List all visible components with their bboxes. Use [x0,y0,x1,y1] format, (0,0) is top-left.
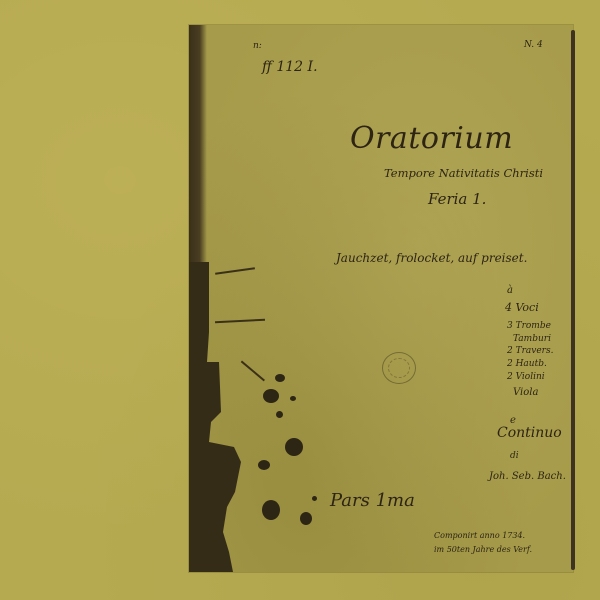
shelf-mark: ff 112 I. [262,60,318,74]
scoring-item: 2 Violini [507,373,545,382]
ink-blot [276,411,283,418]
subtitle-line1: Tempore Nativitatis Christi [384,168,543,180]
scoring-item: 2 Hautb. [507,360,547,369]
page-right-edge [571,30,575,570]
ink-blot [258,460,270,470]
spine-shadow [189,25,207,275]
ink-blot [300,512,312,525]
library-stamp [382,352,416,384]
scoring-item: Continuo [497,426,562,440]
top-right-mark: N. 4 [524,41,543,50]
ink-blot [285,438,303,456]
ink-blot [263,389,279,403]
title: Oratorium [350,124,513,154]
ink-blot [312,496,317,501]
ink-blot [275,374,285,382]
scoring-item: 2 Travers. [507,347,553,356]
scoring-item: Joh. Seb. Bach. [489,472,566,482]
torn-edge [189,262,249,572]
scoring-item: 3 Trombe [507,322,551,331]
scoring-item: 4 Voci [505,302,539,313]
scoring-item: Tamburi [513,335,551,344]
top-left-mark: n: [253,42,262,51]
scoring-item: Viola [513,388,538,398]
scoring-intro: à [507,286,513,296]
scoring-item: di [510,452,519,461]
note-line2: im 50ten Jahre des Verf. [434,546,532,554]
incipit: Jauchzet, frolocket, auf preiset. [336,252,527,264]
part-label: Pars 1ma [330,492,415,510]
ink-blot [262,500,280,520]
note-line1: Componirt anno 1734. [434,532,525,540]
subtitle-line2: Feria 1. [428,192,486,207]
ink-blot [290,396,296,401]
